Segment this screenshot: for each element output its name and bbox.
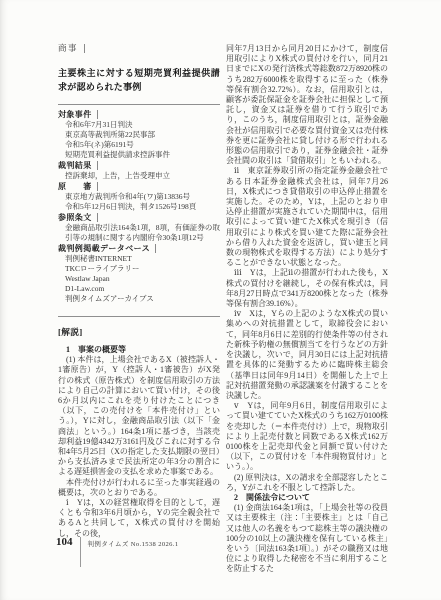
case-info-section: 裁判結果 控訴棄却，上告，上告受理申立	[58, 160, 220, 181]
commentary-left: 1 事案の概要等 (1) 本件は，上場会社であるX（被控訴人・1審原告）が，Y（…	[58, 345, 220, 539]
commentary-paragraph: (1) 金商法164条1項は，「上場会社等の役員又は主要株主（注：「主要株主」と…	[226, 503, 388, 574]
case-info-section: 原 審 東京地方裁判所令和4年(ワ)第13836号 令和5年12月6日判決，判タ…	[58, 181, 220, 212]
case-info-section: 参照条文 金融商品取引法164条1項，8項，有価証券の取引等の規制に関する内閣府…	[58, 212, 220, 243]
case-info-line: 東京地方裁判所令和4年(ワ)第13836号	[58, 192, 220, 202]
commentary-paragraph: ⅱ 東京証券取引所の指定証券金融会社である日本証券金融株式会社は，同年7月26日…	[226, 166, 388, 268]
commentary-right: 同年7月13日から同月20日にかけて，制度信用取引によりX株式の買付けを行い，同…	[226, 44, 388, 575]
case-info-label-text: 参照条文	[58, 212, 92, 223]
case-info-lines: 判例秘書INTERNET TKCローライブラリー Westlaw Japan D…	[58, 254, 220, 304]
case-info: 対象事件 令和6年7月31日判決 東京高等裁判所第22民事部 令和5年(ネ)第6…	[58, 109, 220, 304]
page-number: 104	[56, 536, 73, 548]
case-info-label-text: 裁判結果	[58, 160, 92, 171]
journal-reference: 判例タイムズ No.1538 2026.1	[88, 539, 179, 548]
commentary-paragraph: ⅲ Yは，上記ⅱの措置が行われた後も，X株式の買付けを継続し，その保有株式は，同…	[226, 268, 388, 309]
left-column: 商事 主要株主に対する短期売買利益提供請求が認められた事例 対象事件 令和6年7…	[58, 42, 220, 539]
commentary-paragraph: 本件売付けが行われるに至った事実経過の概要は，次のとおりである。	[58, 478, 220, 498]
case-info-lines: 控訴棄却，上告，上告受理申立	[58, 171, 220, 181]
commentary-paragraph: (2) 原判決は，Xの請求を全部認容したところ，Yがこれを不服として控訴した。	[226, 473, 388, 493]
page-footer: 104 判例タイムズ No.1538 2026.1	[56, 536, 178, 567]
case-info-label: 対象事件	[58, 109, 220, 120]
category-label-text: 商事	[58, 42, 78, 54]
case-info-label: 参照条文	[58, 212, 220, 223]
commentary-paragraph: ⅰ Yは，Xの経営権取得を目的として，遅くとも令和3年6月頃から，Yの完全親会社…	[58, 498, 220, 539]
case-info-label: 裁判例掲載データベース	[58, 243, 220, 254]
divider-commentary	[58, 316, 220, 317]
case-info-label: 原 審	[58, 181, 220, 192]
separator-bar	[97, 182, 98, 191]
commentary-paragraph: 1 事案の概要等	[58, 345, 220, 355]
case-info-line: 短期売買利益提供請求控訴事件	[58, 150, 220, 160]
commentary-paragraph: (1) 本件は，上場会社であるX（被控訴人・1審原告）が，Y（控訴人・1審被告）…	[58, 355, 220, 477]
separator-bar	[84, 44, 85, 53]
case-info-line: TKCローライブラリー	[58, 264, 220, 274]
case-info-line: 判例タイムズアーカイブス	[58, 294, 220, 304]
category-label: 商事	[58, 42, 220, 54]
case-info-label-text: 裁判例掲載データベース	[58, 243, 150, 254]
commentary-heading: [解説]	[58, 326, 220, 338]
commentary-paragraph: 2 関係法令について	[226, 493, 388, 503]
commentary-paragraph: 同年7月13日から同月20日にかけて，制度信用取引によりX株式の買付けを行い，同…	[226, 44, 388, 166]
separator-bar	[97, 110, 98, 119]
right-column: 同年7月13日から同月20日にかけて，制度信用取引によりX株式の買付けを行い，同…	[226, 44, 388, 575]
case-info-line: 控訴棄却，上告，上告受理申立	[58, 171, 220, 181]
case-title: 主要株主に対する短期売買利益提供請求が認められた事例	[58, 66, 220, 94]
divider-top	[58, 104, 220, 105]
case-info-label: 裁判結果	[58, 160, 220, 171]
separator-bar	[97, 161, 98, 170]
case-info-label-text: 対象事件	[58, 109, 92, 120]
case-info-lines: 令和6年7月31日判決 東京高等裁判所第22民事部 令和5年(ネ)第6191号 …	[58, 120, 220, 160]
journal-page: 商事 主要株主に対する短期売買利益提供請求が認められた事例 対象事件 令和6年7…	[0, 0, 441, 600]
case-info-line: 令和6年7月31日判決	[58, 120, 220, 130]
separator-bar	[155, 244, 156, 253]
commentary-paragraph: ⅳ Xは，Yらの上記のようなX株式の買い集めへの対抗措置として，取締役会において…	[226, 309, 388, 401]
case-info-section: 裁判例掲載データベース 判例秘書INTERNET TKCローライブラリー Wes…	[58, 243, 220, 304]
case-info-line: Westlaw Japan	[58, 274, 220, 284]
case-info-line: 令和5年12月6日判決，判タ1526号198頁	[58, 202, 220, 212]
commentary-paragraph: ⅴ Yは，同年9月6日，制度信用取引によって買い建てていたX株式のうち162万0…	[226, 401, 388, 472]
separator-bar	[97, 213, 98, 222]
case-info-line: 判例秘書INTERNET	[58, 254, 220, 264]
case-info-line: 令和5年(ネ)第6191号	[58, 140, 220, 150]
case-info-line: D1-Law.com	[58, 284, 220, 294]
case-info-lines: 東京地方裁判所令和4年(ワ)第13836号 令和5年12月6日判決，判タ1526…	[58, 192, 220, 212]
case-info-line: 金融商品取引法164条1項，8項，有価証券の取引等の規制に関する内閣府令30条1…	[58, 223, 220, 243]
case-info-lines: 金融商品取引法164条1項，8項，有価証券の取引等の規制に関する内閣府令30条1…	[58, 223, 220, 243]
case-info-section: 対象事件 令和6年7月31日判決 東京高等裁判所第22民事部 令和5年(ネ)第6…	[58, 109, 220, 160]
footer-separator-bar	[80, 537, 81, 567]
case-info-label-text: 原 審	[58, 181, 92, 192]
case-info-line: 東京高等裁判所第22民事部	[58, 130, 220, 140]
